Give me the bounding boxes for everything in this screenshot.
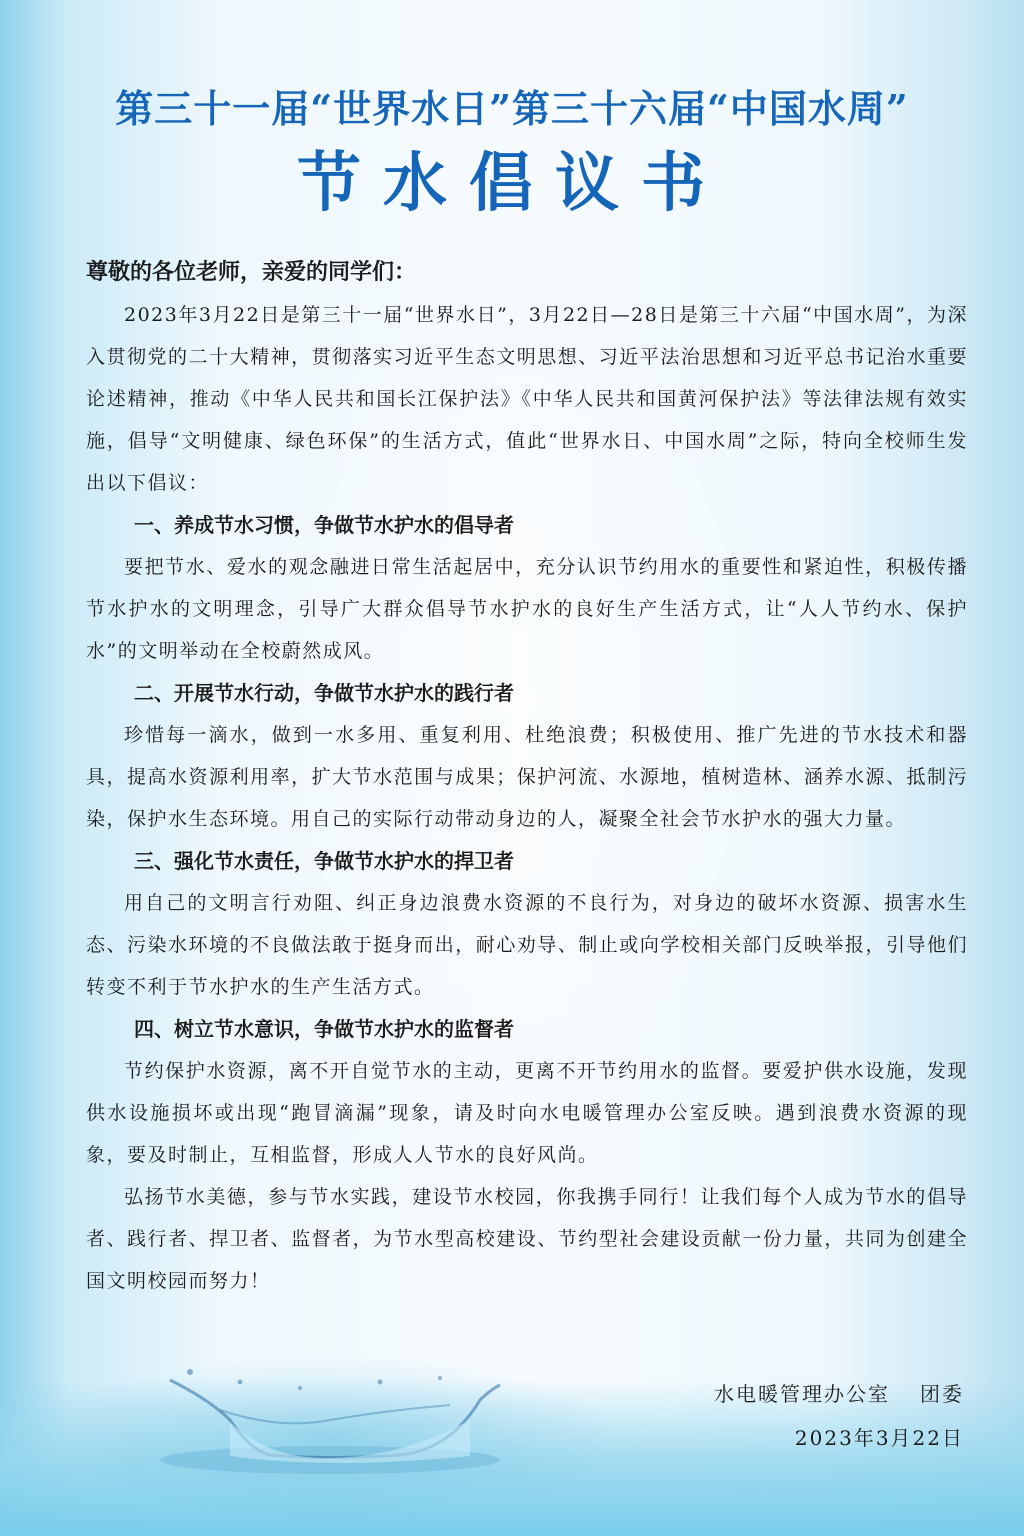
- letter-body: 尊敬的各位老师，亲爱的同学们： 2023年3月22日是第三十一届“世界水日”，3…: [86, 252, 968, 1302]
- signature-org-office: 水电暖管理办公室: [714, 1382, 890, 1406]
- intro-paragraph: 2023年3月22日是第三十一届“世界水日”，3月22日—28日是第三十六届“中…: [86, 294, 968, 504]
- closing-paragraph: 弘扬节水美德，参与节水实践，建设节水校园，你我携手同行！让我们每个人成为节水的倡…: [86, 1176, 968, 1302]
- section-heading-4: 四、树立节水意识，争做节水护水的监督者: [86, 1008, 968, 1050]
- signature-date: 2023年3月22日: [714, 1416, 964, 1460]
- section-heading-3: 三、强化节水责任，争做节水护水的捍卫者: [86, 840, 968, 882]
- poster-subtitle: 第三十一届“世界水日”第三十六届“中国水周”: [0, 78, 1024, 133]
- section-heading-2: 二、开展节水行动，争做节水护水的践行者: [86, 672, 968, 714]
- signature-block: 水电暖管理办公室团委 2023年3月22日: [714, 1372, 964, 1460]
- salutation: 尊敬的各位老师，亲爱的同学们：: [86, 252, 968, 294]
- poster-title: 节水倡议书: [0, 132, 1024, 224]
- section-body-1: 要把节水、爱水的观念融进日常生活起居中，充分认识节约用水的重要性和紧迫性，积极传…: [86, 546, 968, 672]
- section-body-3: 用自己的文明言行劝阻、纠正身边浪费水资源的不良行为，对身边的破坏水资源、损害水生…: [86, 882, 968, 1008]
- signature-org-league: 团委: [920, 1382, 964, 1406]
- section-body-2: 珍惜每一滴水，做到一水多用、重复利用、杜绝浪费；积极使用、推广先进的节水技术和器…: [86, 714, 968, 840]
- signature-orgs: 水电暖管理办公室团委: [714, 1372, 964, 1416]
- section-body-4: 节约保护水资源，离不开自觉节水的主动，更离不开节约用水的监督。要爱护供水设施，发…: [86, 1050, 968, 1176]
- water-splash-icon: [150, 1360, 510, 1480]
- section-heading-1: 一、养成节水习惯，争做节水护水的倡导者: [86, 504, 968, 546]
